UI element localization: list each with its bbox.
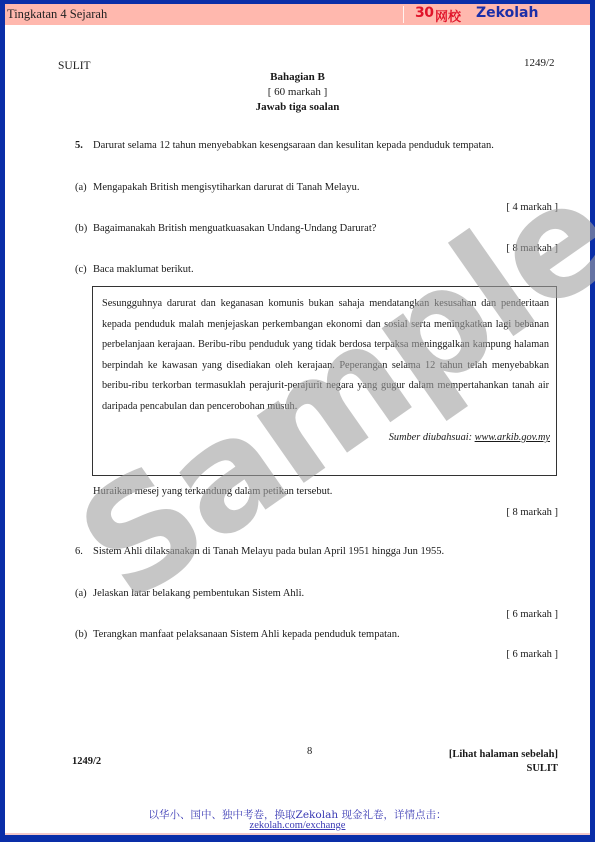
question-5-stem: Darurat selama 12 tahun menyebabkan kese… (93, 140, 494, 151)
source-link[interactable]: www.arkib.gov.my (475, 432, 550, 443)
q5b-text: Bagaimanakah British menguatkuasakan Und… (93, 223, 376, 234)
section-instruction: Jawab tiga soalan (5, 101, 590, 113)
q5c-marks: [ 8 markah ] (506, 507, 558, 518)
header-paper-code: 1249/2 (524, 57, 555, 69)
q5a-marks: [ 4 markah ] (506, 202, 558, 213)
passage-source: Sumber diubahsuai: www.arkib.gov.my (389, 432, 550, 443)
brand-logo-zekolah[interactable]: Zekolah (476, 5, 538, 21)
promo-link[interactable]: zekolah.com/exchange (250, 820, 346, 831)
q6a-label: (a) (75, 588, 87, 599)
promo-link-wrap: zekolah.com/exchange (5, 820, 590, 831)
subject-title: Tingkatan 4 Sejarah (7, 7, 107, 22)
q6a-marks: [ 6 markah ] (506, 609, 558, 620)
bottom-divider (5, 833, 590, 835)
q6b-label: (b) (75, 629, 87, 640)
source-label: Sumber diubahsuai: (389, 432, 475, 443)
question-6-stem: Sistem Ahli dilaksanakan di Tanah Melayu… (93, 546, 444, 557)
q5b-label: (b) (75, 223, 87, 234)
q5a-text: Mengapakah British mengisytiharkan darur… (93, 182, 359, 193)
q5a-label: (a) (75, 182, 87, 193)
footer-next-page: [Lihat halaman sebelah] (449, 749, 558, 760)
question-6-number: 6. (75, 546, 83, 557)
q5c-text: Baca maklumat berikut. (93, 264, 194, 275)
top-banner: Tingkatan 4 Sejarah 30 网校 Zekolah (5, 4, 590, 25)
document-page: Tingkatan 4 Sejarah 30 网校 Zekolah SULIT … (5, 4, 590, 835)
section-marks: [ 60 markah ] (5, 86, 590, 98)
footer-paper-code: 1249/2 (72, 756, 101, 767)
q5c-followup: Huraikan mesej yang terkandung dalam pet… (93, 486, 332, 497)
source-passage-box: Sesungguhnya darurat dan keganasan komun… (92, 286, 557, 476)
brand-logo-number[interactable]: 30 (415, 5, 433, 21)
q6a-text: Jelaskan latar belakang pembentukan Sist… (93, 588, 304, 599)
passage-text: Sesungguhnya darurat dan keganasan komun… (102, 294, 549, 417)
question-5-number: 5. (75, 140, 83, 151)
q5c-label: (c) (75, 264, 87, 275)
footer-page-number: 8 (307, 746, 312, 757)
brand-logo-chinese[interactable]: 网校 (435, 6, 461, 25)
divider (403, 6, 404, 23)
q6b-text: Terangkan manfaat pelaksanaan Sistem Ahl… (93, 629, 400, 640)
footer-classification: SULIT (526, 763, 558, 774)
q6b-marks: [ 6 markah ] (506, 649, 558, 660)
section-title: Bahagian B (5, 71, 590, 83)
q5b-marks: [ 8 markah ] (506, 243, 558, 254)
